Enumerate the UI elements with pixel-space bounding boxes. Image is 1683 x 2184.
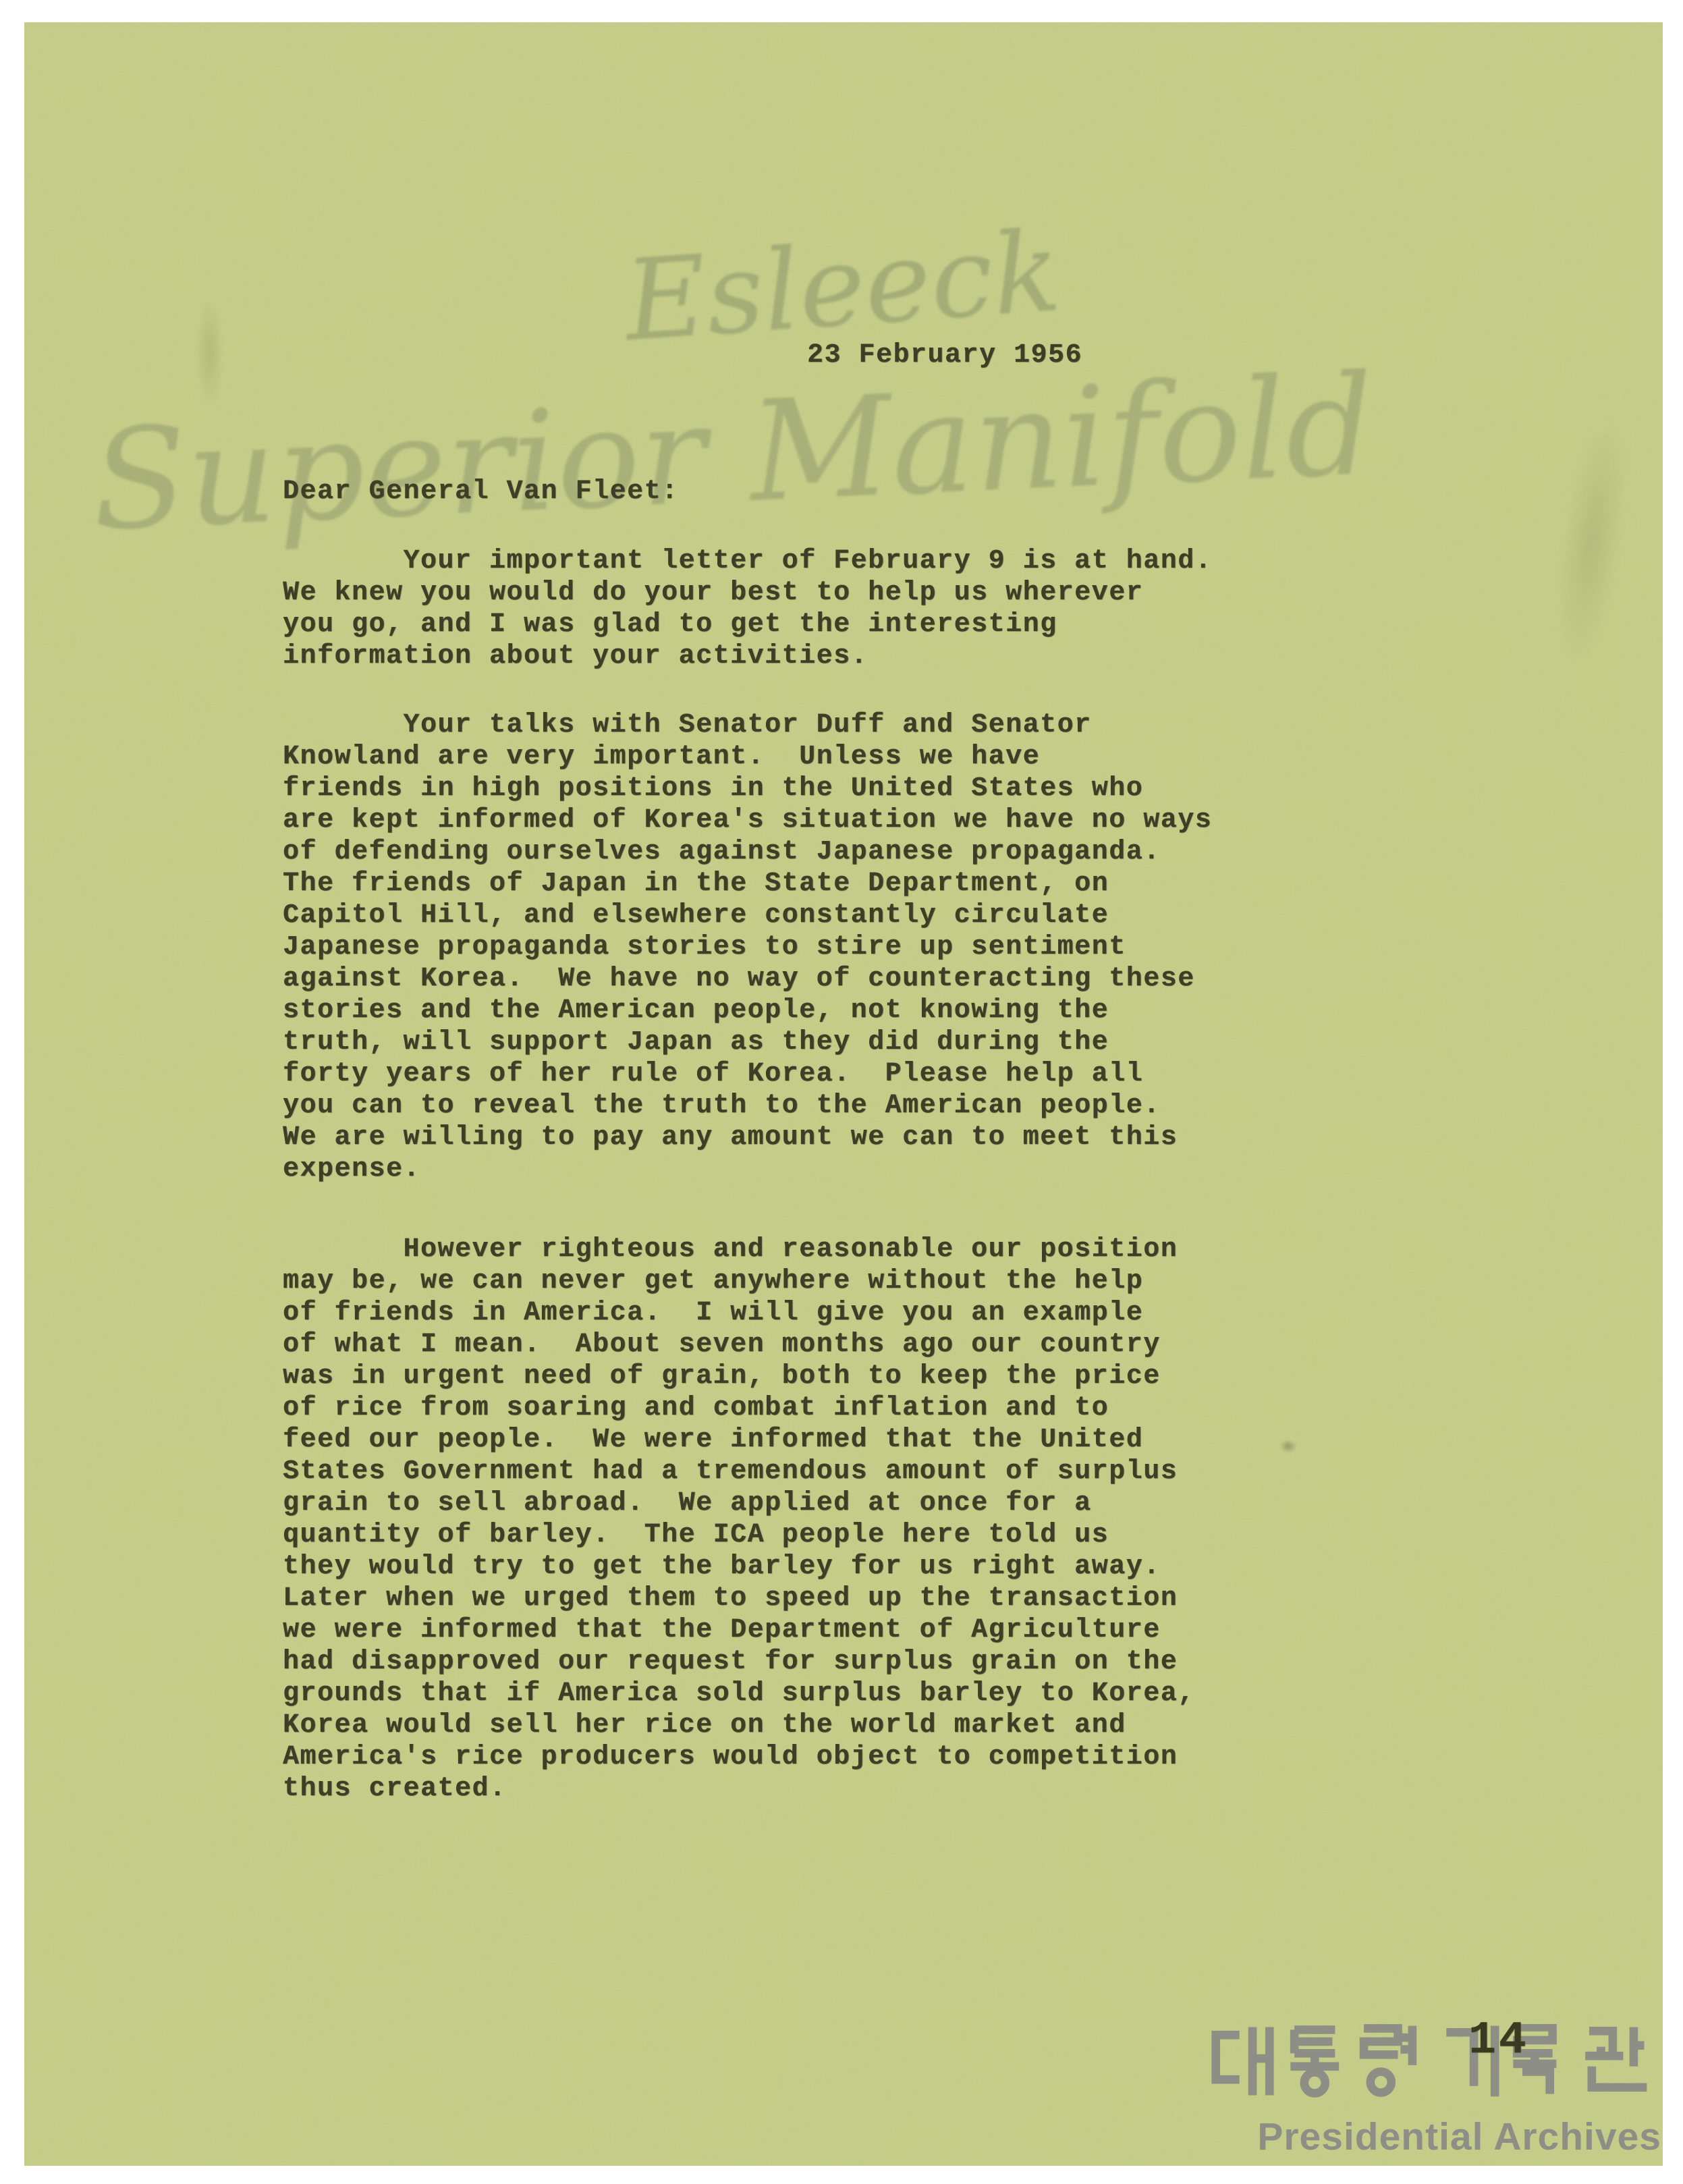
letter-salutation: Dear General Van Fleet: [283, 476, 679, 508]
presidential-archives-english-label: Presidential Archives [1257, 2114, 1661, 2159]
letter-paragraph-3: However righteous and reasonable our pos… [283, 1234, 1335, 1805]
letter-paragraph-2: Your talks with Senator Duff and Senator… [283, 709, 1335, 1185]
scan-smudge [196, 299, 223, 407]
letter-paper: Esleeck Superior Manifold 23 February 19… [24, 22, 1663, 2166]
letter-date: 23 February 1956 [807, 339, 1082, 371]
typed-page-number: 14 [1468, 2017, 1529, 2065]
scanned-letter-page: Esleeck Superior Manifold 23 February 19… [0, 0, 1683, 2184]
scan-smudge [1544, 411, 1640, 674]
korean-logo-glyphs [1209, 2024, 1655, 2098]
presidential-archives-korean-logo: 대통령기록관 [1209, 2024, 1655, 2098]
letter-paragraph-1: Your important letter of February 9 is a… [283, 545, 1335, 672]
watermark-superior-manifold: Superior Manifold [89, 346, 1378, 562]
